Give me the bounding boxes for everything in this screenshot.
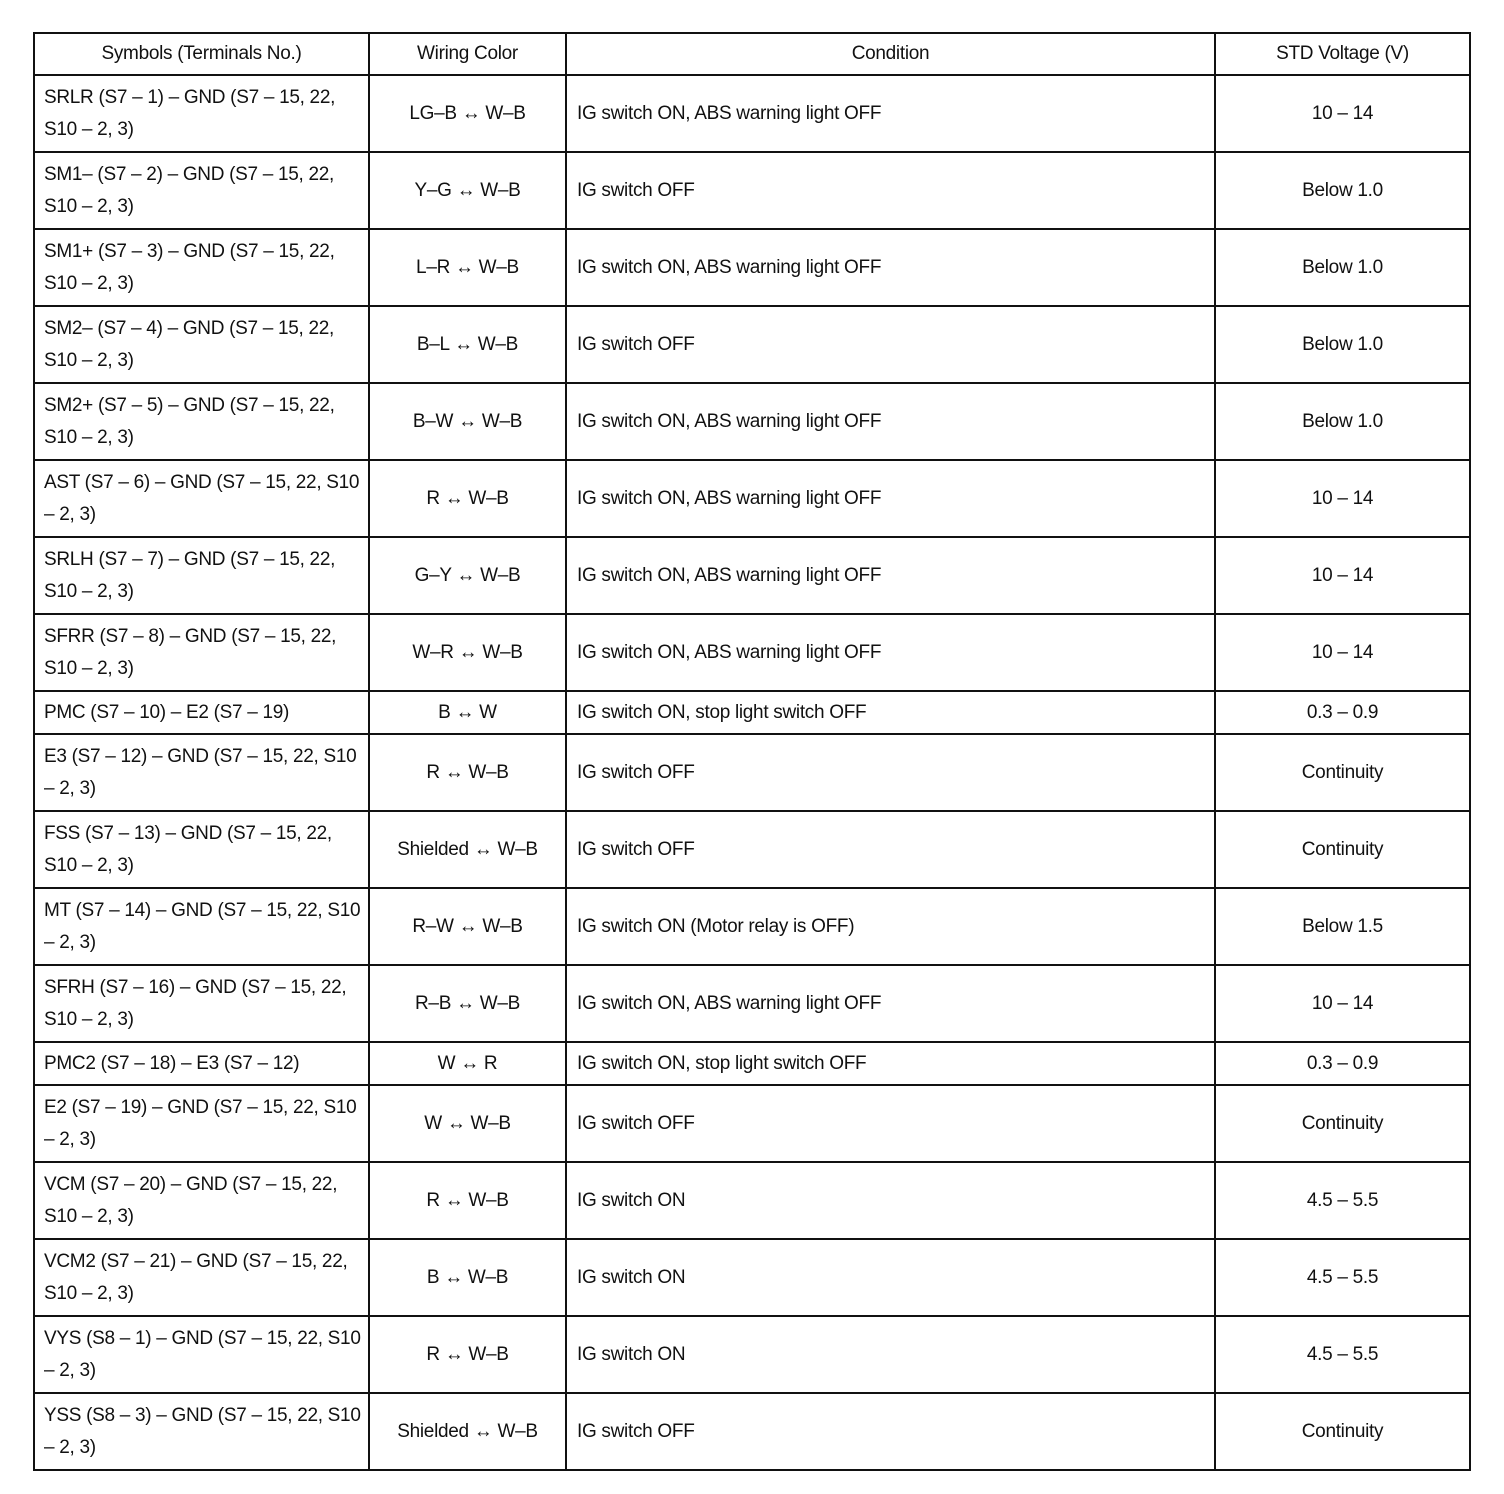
wiring-color-cell: R ↔ W–B: [369, 460, 566, 537]
table-row: SRLR (S7 – 1) – GND (S7 – 15, 22, S10 – …: [34, 75, 1470, 152]
wiring-color-cell: W–R ↔ W–B: [369, 614, 566, 691]
std-voltage-cell: Below 1.0: [1215, 152, 1470, 229]
wiring-color-cell: R–W ↔ W–B: [369, 888, 566, 965]
condition-cell: IG switch ON, ABS warning light OFF: [566, 383, 1215, 460]
std-voltage-cell: Continuity: [1215, 1085, 1470, 1162]
table-row: AST (S7 – 6) – GND (S7 – 15, 22, S10 – 2…: [34, 460, 1470, 537]
std-voltage-cell: Continuity: [1215, 734, 1470, 811]
terminal-voltage-table: Symbols (Terminals No.) Wiring Color Con…: [33, 32, 1471, 1471]
std-voltage-cell: 10 – 14: [1215, 614, 1470, 691]
symbol-cell: SM2– (S7 – 4) – GND (S7 – 15, 22, S10 – …: [34, 306, 369, 383]
table-row: SRLH (S7 – 7) – GND (S7 – 15, 22, S10 – …: [34, 537, 1470, 614]
symbol-cell: PMC (S7 – 10) – E2 (S7 – 19): [34, 691, 369, 734]
header-wiring-color: Wiring Color: [369, 33, 566, 75]
condition-cell: IG switch OFF: [566, 306, 1215, 383]
wiring-color-cell: G–Y ↔ W–B: [369, 537, 566, 614]
condition-cell: IG switch ON: [566, 1162, 1215, 1239]
symbol-cell: VYS (S8 – 1) – GND (S7 – 15, 22, S10 – 2…: [34, 1316, 369, 1393]
table-row: VYS (S8 – 1) – GND (S7 – 15, 22, S10 – 2…: [34, 1316, 1470, 1393]
table-row: YSS (S8 – 3) – GND (S7 – 15, 22, S10 – 2…: [34, 1393, 1470, 1470]
header-symbols: Symbols (Terminals No.): [34, 33, 369, 75]
wiring-color-cell: Shielded ↔ W–B: [369, 1393, 566, 1470]
symbol-cell: SRLH (S7 – 7) – GND (S7 – 15, 22, S10 – …: [34, 537, 369, 614]
condition-cell: IG switch ON, ABS warning light OFF: [566, 75, 1215, 152]
std-voltage-cell: 0.3 – 0.9: [1215, 1042, 1470, 1085]
wiring-color-cell: W ↔ W–B: [369, 1085, 566, 1162]
table-row: SFRR (S7 – 8) – GND (S7 – 15, 22, S10 – …: [34, 614, 1470, 691]
condition-cell: IG switch OFF: [566, 811, 1215, 888]
std-voltage-cell: 0.3 – 0.9: [1215, 691, 1470, 734]
table-row: SFRH (S7 – 16) – GND (S7 – 15, 22, S10 –…: [34, 965, 1470, 1042]
condition-cell: IG switch ON, ABS warning light OFF: [566, 614, 1215, 691]
symbol-cell: SM1– (S7 – 2) – GND (S7 – 15, 22, S10 – …: [34, 152, 369, 229]
std-voltage-cell: 10 – 14: [1215, 965, 1470, 1042]
table-body: SRLR (S7 – 1) – GND (S7 – 15, 22, S10 – …: [34, 75, 1470, 1470]
header-std-voltage: STD Voltage (V): [1215, 33, 1470, 75]
table-row: E3 (S7 – 12) – GND (S7 – 15, 22, S10 – 2…: [34, 734, 1470, 811]
condition-cell: IG switch OFF: [566, 152, 1215, 229]
condition-cell: IG switch ON, stop light switch OFF: [566, 691, 1215, 734]
symbol-cell: FSS (S7 – 13) – GND (S7 – 15, 22, S10 – …: [34, 811, 369, 888]
wiring-color-cell: B ↔ W–B: [369, 1239, 566, 1316]
condition-cell: IG switch ON, ABS warning light OFF: [566, 537, 1215, 614]
std-voltage-cell: Continuity: [1215, 811, 1470, 888]
table-header: Symbols (Terminals No.) Wiring Color Con…: [34, 33, 1470, 75]
wiring-color-cell: LG–B ↔ W–B: [369, 75, 566, 152]
table-row: FSS (S7 – 13) – GND (S7 – 15, 22, S10 – …: [34, 811, 1470, 888]
symbol-cell: SM2+ (S7 – 5) – GND (S7 – 15, 22, S10 – …: [34, 383, 369, 460]
table-row: SM2– (S7 – 4) – GND (S7 – 15, 22, S10 – …: [34, 306, 1470, 383]
condition-cell: IG switch ON: [566, 1239, 1215, 1316]
std-voltage-cell: 4.5 – 5.5: [1215, 1162, 1470, 1239]
symbol-cell: PMC2 (S7 – 18) – E3 (S7 – 12): [34, 1042, 369, 1085]
symbol-cell: AST (S7 – 6) – GND (S7 – 15, 22, S10 – 2…: [34, 460, 369, 537]
table-row: SM1+ (S7 – 3) – GND (S7 – 15, 22, S10 – …: [34, 229, 1470, 306]
std-voltage-cell: Below 1.0: [1215, 306, 1470, 383]
table-row: PMC2 (S7 – 18) – E3 (S7 – 12)W ↔ RIG swi…: [34, 1042, 1470, 1085]
std-voltage-cell: 10 – 14: [1215, 537, 1470, 614]
wiring-color-cell: R ↔ W–B: [369, 1162, 566, 1239]
wiring-color-cell: W ↔ R: [369, 1042, 566, 1085]
wiring-color-cell: B ↔ W: [369, 691, 566, 734]
header-row: Symbols (Terminals No.) Wiring Color Con…: [34, 33, 1470, 75]
wiring-color-cell: R ↔ W–B: [369, 1316, 566, 1393]
symbol-cell: E3 (S7 – 12) – GND (S7 – 15, 22, S10 – 2…: [34, 734, 369, 811]
std-voltage-cell: 10 – 14: [1215, 460, 1470, 537]
symbol-cell: VCM2 (S7 – 21) – GND (S7 – 15, 22, S10 –…: [34, 1239, 369, 1316]
std-voltage-cell: 4.5 – 5.5: [1215, 1316, 1470, 1393]
condition-cell: IG switch ON: [566, 1316, 1215, 1393]
symbol-cell: MT (S7 – 14) – GND (S7 – 15, 22, S10 – 2…: [34, 888, 369, 965]
table-row: E2 (S7 – 19) – GND (S7 – 15, 22, S10 – 2…: [34, 1085, 1470, 1162]
std-voltage-cell: Below 1.0: [1215, 383, 1470, 460]
std-voltage-cell: 4.5 – 5.5: [1215, 1239, 1470, 1316]
std-voltage-cell: Below 1.5: [1215, 888, 1470, 965]
condition-cell: IG switch OFF: [566, 1393, 1215, 1470]
wiring-color-cell: L–R ↔ W–B: [369, 229, 566, 306]
condition-cell: IG switch ON, stop light switch OFF: [566, 1042, 1215, 1085]
condition-cell: IG switch ON, ABS warning light OFF: [566, 460, 1215, 537]
symbol-cell: E2 (S7 – 19) – GND (S7 – 15, 22, S10 – 2…: [34, 1085, 369, 1162]
wiring-color-cell: B–L ↔ W–B: [369, 306, 566, 383]
table-row: MT (S7 – 14) – GND (S7 – 15, 22, S10 – 2…: [34, 888, 1470, 965]
table-row: VCM2 (S7 – 21) – GND (S7 – 15, 22, S10 –…: [34, 1239, 1470, 1316]
table-row: SM2+ (S7 – 5) – GND (S7 – 15, 22, S10 – …: [34, 383, 1470, 460]
condition-cell: IG switch ON (Motor relay is OFF): [566, 888, 1215, 965]
symbol-cell: VCM (S7 – 20) – GND (S7 – 15, 22, S10 – …: [34, 1162, 369, 1239]
condition-cell: IG switch ON, ABS warning light OFF: [566, 965, 1215, 1042]
wiring-color-cell: R–B ↔ W–B: [369, 965, 566, 1042]
condition-cell: IG switch OFF: [566, 734, 1215, 811]
wiring-color-cell: B–W ↔ W–B: [369, 383, 566, 460]
header-condition: Condition: [566, 33, 1215, 75]
condition-cell: IG switch ON, ABS warning light OFF: [566, 229, 1215, 306]
symbol-cell: SFRH (S7 – 16) – GND (S7 – 15, 22, S10 –…: [34, 965, 369, 1042]
wiring-color-cell: Y–G ↔ W–B: [369, 152, 566, 229]
condition-cell: IG switch OFF: [566, 1085, 1215, 1162]
table-row: SM1– (S7 – 2) – GND (S7 – 15, 22, S10 – …: [34, 152, 1470, 229]
wiring-color-cell: Shielded ↔ W–B: [369, 811, 566, 888]
std-voltage-cell: Continuity: [1215, 1393, 1470, 1470]
std-voltage-cell: 10 – 14: [1215, 75, 1470, 152]
symbol-cell: YSS (S8 – 3) – GND (S7 – 15, 22, S10 – 2…: [34, 1393, 369, 1470]
symbol-cell: SFRR (S7 – 8) – GND (S7 – 15, 22, S10 – …: [34, 614, 369, 691]
wiring-color-cell: R ↔ W–B: [369, 734, 566, 811]
symbol-cell: SM1+ (S7 – 3) – GND (S7 – 15, 22, S10 – …: [34, 229, 369, 306]
table-row: PMC (S7 – 10) – E2 (S7 – 19)B ↔ WIG swit…: [34, 691, 1470, 734]
std-voltage-cell: Below 1.0: [1215, 229, 1470, 306]
table-row: VCM (S7 – 20) – GND (S7 – 15, 22, S10 – …: [34, 1162, 1470, 1239]
symbol-cell: SRLR (S7 – 1) – GND (S7 – 15, 22, S10 – …: [34, 75, 369, 152]
